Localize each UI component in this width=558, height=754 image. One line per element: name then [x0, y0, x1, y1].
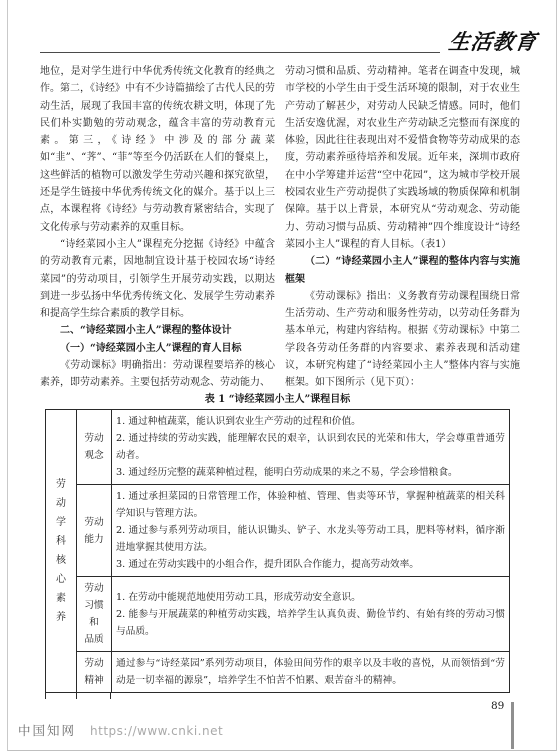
body-columns: 地位，是对学生进行中华优秀传统文化教育的经典之作。第二，《诗经》中有不少诗篇描绘…: [40, 63, 520, 392]
table-caption: 表 1 “诗经菜园小主人”课程目标: [45, 392, 510, 407]
table-continuation-stub: [45, 693, 46, 699]
cnki-watermark: 中国知网 https://www.cnki.net: [18, 721, 223, 739]
objective-item: 3. 通过经历完整的蔬菜种植过程，能明白劳动成果的来之不易，学会珍惜粮食。: [116, 464, 505, 481]
table-rowgroup-header: 劳 动 学 科 核 心 素 养: [46, 410, 77, 693]
table-row: 劳动 能力1. 通过承担菜园的日常管理工作，体验种植、管理、售卖等环节，掌握种植…: [46, 485, 510, 577]
objective-item: 通过参与“诗经菜园”系列劳动项目，体验田间劳作的艰辛以及丰收的喜悦，从而领悟到“…: [116, 655, 505, 689]
paragraph: 《劳动课标》明确指出：劳动课程要培养的核心素养，即劳动素养。主要包括劳动观念、劳…: [40, 357, 275, 392]
table-row-content: 通过参与“诗经菜园”系列劳动项目，体验田间劳作的艰辛以及丰收的喜悦，从而领悟到“…: [112, 652, 510, 693]
table-row: 劳动 精神通过参与“诗经菜园”系列劳动项目，体验田间劳作的艰辛以及丰收的喜悦，从…: [46, 652, 510, 693]
page-edge-bar: [511, 702, 514, 749]
table-row-label: 劳动 能力: [77, 485, 112, 577]
subsection-heading: （一）“诗经菜园小主人”课程的育人目标: [40, 340, 275, 357]
objective-item: 2. 通过参与系列劳动项目，能认识锄头、铲子、水龙头等劳动工具，肥料等材料，循序…: [116, 522, 505, 556]
left-column: 地位，是对学生进行中华优秀传统文化教育的经典之作。第二，《诗经》中有不少诗篇描绘…: [40, 63, 275, 392]
cnki-brand-text: 中国知网: [18, 721, 76, 739]
course-objectives-table: 劳 动 学 科 核 心 素 养劳动 观念1. 通过种植蔬菜，能认识到农业生产劳动…: [45, 409, 510, 693]
table-row: 劳 动 学 科 核 心 素 养劳动 观念1. 通过种植蔬菜，能认识到农业生产劳动…: [46, 410, 510, 485]
table-row: 劳动 习惯和 品质1. 在劳动中能规范地使用劳动工具，形成劳动安全意识。2. 能…: [46, 577, 510, 652]
cnki-url-text: https://www.cnki.net: [90, 724, 223, 738]
table-continuation-stub: [76, 693, 77, 699]
course-objectives-table-area: 表 1 “诗经菜园小主人”课程目标 劳 动 学 科 核 心 素 养劳动 观念1.…: [45, 392, 510, 693]
section-heading: 二、“诗经菜园小主人”课程的整体设计: [40, 322, 275, 339]
objective-item: 3. 通过在劳动实践中的小组合作，提升团队合作能力，提高劳动效率。: [116, 556, 505, 573]
table-body: 劳 动 学 科 核 心 素 养劳动 观念1. 通过种植蔬菜，能认识到农业生产劳动…: [46, 410, 510, 693]
journal-logo: 生活教育: [438, 26, 548, 56]
table-row-label: 劳动 习惯和 品质: [77, 577, 112, 652]
paragraph: 劳动习惯和品质、劳动精神。笔者在调查中发现，城市学校的小学生由于受生活环境的限制…: [285, 63, 520, 253]
page-number: 89: [491, 700, 504, 712]
objective-item: 2. 能参与开展蔬菜的种植劳动实践，培养学生认真负责、勤俭节约、有始有终的劳动习…: [116, 606, 505, 640]
header-rule: [40, 52, 440, 53]
right-column: 劳动习惯和品质、劳动精神。笔者在调查中发现，城市学校的小学生由于受生活环境的限制…: [285, 63, 520, 392]
table-row-content: 1. 通过承担菜园的日常管理工作，体验种植、管理、售卖等环节，掌握种植蔬菜的相关…: [112, 485, 510, 577]
objective-item: 1. 通过承担菜园的日常管理工作，体验种植、管理、售卖等环节，掌握种植蔬菜的相关…: [116, 488, 505, 522]
table-row-label: 劳动 观念: [77, 410, 112, 485]
paragraph: 地位，是对学生进行中华优秀传统文化教育的经典之作。第二，《诗经》中有不少诗篇描绘…: [40, 63, 275, 236]
paragraph: “诗经菜园小主人”课程充分挖掘《诗经》中蕴含的劳动教育元素，因地制宜设计基于校园…: [40, 236, 275, 322]
paragraph: 《劳动课标》指出：义务教育劳动课程围绕日常生活劳动、生产劳动和服务性劳动，以劳动…: [285, 288, 520, 392]
table-row-content: 1. 在劳动中能规范地使用劳动工具，形成劳动安全意识。2. 能参与开展蔬菜的种植…: [112, 577, 510, 652]
objective-item: 1. 在劳动中能规范地使用劳动工具，形成劳动安全意识。: [116, 589, 505, 606]
table-row-label: 劳动 精神: [77, 652, 112, 693]
objective-item: 1. 通过种植蔬菜，能认识到农业生产劳动的过程和价值。: [116, 413, 505, 430]
table-row-content: 1. 通过种植蔬菜，能认识到农业生产劳动的过程和价值。2. 通过持续的劳动实践，…: [112, 410, 510, 485]
journal-page: 生活教育 地位，是对学生进行中华优秀传统文化教育的经典之作。第二，《诗经》中有不…: [0, 0, 558, 754]
subsection-heading: （二）“诗经菜园小主人”课程的整体内容与实施框架: [285, 253, 520, 288]
table-continuation-stub: [110, 693, 111, 699]
objective-item: 2. 通过持续的劳动实践，能理解农民的艰辛，认识到农民的光荣和伟大，学会尊重普通…: [116, 430, 505, 464]
